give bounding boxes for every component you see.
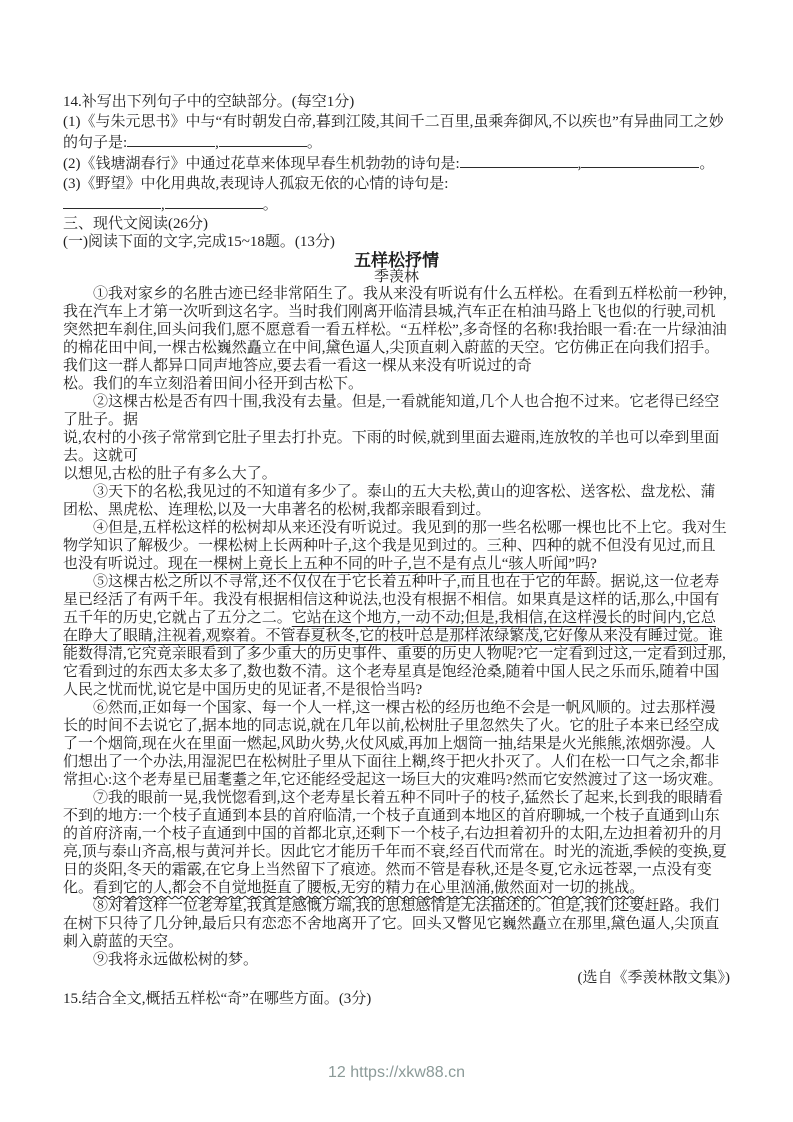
underlined-text: 现在一棵树上竟长上五种不同的叶子,岂不是有点儿“骇人听闻”吗?	[168, 556, 597, 572]
article-title: 五样松抒情	[63, 252, 730, 269]
answer-blank	[127, 132, 215, 147]
article-paragraph: ⑥然而,正如每一个国家、每一个人一样,这一棵古松的经历也绝不会是一帆风顺的。过去…	[63, 699, 730, 789]
page-number: 12	[328, 1064, 346, 1081]
article-paragraph: ⑤这棵古松之所以不寻常,还不仅仅在于它长着五种叶子,而且也在于它的年龄。据说,这…	[63, 573, 730, 699]
question-14-stem: 14.补写出下列句子中的空缺部分。(每空1分)	[63, 92, 730, 112]
article-paragraph: ⑦我的眼前一晃,我恍惚看到,这个老寿星长着五种不同叶子的枝子,猛然长了起来,长到…	[63, 789, 730, 897]
fill-in-item: (1)《与朱元思书》中与“有时朝发白帝,暮到江陵,其间千二百里,虽乘奔御风,不以…	[63, 112, 730, 153]
text-run: ⑨我将永远做松树的梦。	[93, 952, 258, 968]
text-run: 。	[263, 197, 278, 213]
answer-blank	[165, 194, 263, 209]
article-paragraph: ①我对家乡的名胜古迹已经非常陌生了。我从来没有听说有什么五样松。在看到五样松前一…	[63, 285, 730, 393]
article-body: ①我对家乡的名胜古迹已经非常陌生了。我从来没有听说有什么五样松。在看到五样松前一…	[63, 285, 730, 969]
section-heading: 三、现代文阅读(26分)	[63, 215, 730, 233]
text-run: 。	[307, 135, 322, 151]
text-run: ①我对家乡的名胜古迹已经非常陌生了。我从来没有听说有什么五样松。在看到五样松前一…	[63, 286, 727, 392]
answer-blank	[219, 132, 307, 147]
text-run: ③天下的名松,我见过的不知道有多少了。泰山的五大夫松,黄山的迎客松、送客松、盘龙…	[63, 484, 716, 518]
fill-in-items: (1)《与朱元思书》中与“有时朝发白帝,暮到江陵,其间千二百里,虽乘奔御风,不以…	[63, 112, 730, 215]
text-run: ⑥然而,正如每一个国家、每一个人一样,这一棵古松的经历也绝不会是一帆风顺的。过去…	[63, 700, 723, 788]
wavy-underlined-text: 看到它的人,都会不自觉地挺直了腰板,无穷的精力在心里汹涌,傲然面对一切的挑战。	[93, 880, 644, 896]
fill-in-item: (2)《钱塘湖春行》中通过花草来体现早春生机勃勃的诗句是:,。	[63, 153, 730, 174]
question-15: 15.结合全文,概括五样松“奇”在哪些方面。(3分)	[63, 989, 730, 1009]
answer-blank	[63, 194, 161, 209]
question-14-block: 14.补写出下列句子中的空缺部分。(每空1分) (1)《与朱元思书》中与“有时朝…	[63, 92, 730, 215]
article-paragraph: ⑨我将永远做松树的梦。	[63, 951, 730, 969]
article-paragraph: ③天下的名松,我见过的不知道有多少了。泰山的五大夫松,黄山的迎客松、送客松、盘龙…	[63, 483, 730, 519]
article-paragraph: ④但是,五样松这样的松树却从来还没有听说过。我见到的那一些名松哪一棵也比不上它。…	[63, 519, 730, 573]
text-run: (3)《野望》中化用典故,表现诗人孤寂无依的心情的诗句是:	[63, 176, 448, 192]
section-subheading: (一)阅读下面的文字,完成15~18题。(13分)	[63, 233, 730, 251]
article-paragraph: ②这棵古松是否有四十围,我没有去量。但是,一看就能知道,几个人也合抱不过来。它老…	[63, 393, 730, 483]
answer-blank	[460, 153, 578, 168]
text-run: ⑧对着这样一位老寿星,我真是感慨万端,我的思想感情是无法描述的。但是,我们还要赶…	[63, 898, 719, 950]
text-run: 。	[699, 156, 714, 172]
fill-in-item: (3)《野望》中化用典故,表现诗人孤寂无依的心情的诗句是: ,。	[63, 174, 730, 215]
footer-url: https://xkw88.cn	[350, 1064, 465, 1081]
text-run: (2)《钱塘湖春行》中通过花草来体现早春生机勃勃的诗句是:	[63, 156, 460, 172]
article-author: 季羡林	[63, 269, 730, 285]
exam-page: 14.补写出下列句子中的空缺部分。(每空1分) (1)《与朱元思书》中与“有时朝…	[0, 0, 793, 1122]
answer-blank	[581, 153, 699, 168]
text-run: ②这棵古松是否有四十围,我没有去量。但是,一看就能知道,几个人也合抱不过来。它老…	[63, 394, 719, 482]
article-source: (选自《季羡林散文集》)	[63, 969, 730, 987]
page-footer: 12 https://xkw88.cn	[0, 1064, 793, 1082]
article-paragraph: ⑧对着这样一位老寿星,我真是感慨万端,我的思想感情是无法描述的。但是,我们还要赶…	[63, 897, 730, 951]
